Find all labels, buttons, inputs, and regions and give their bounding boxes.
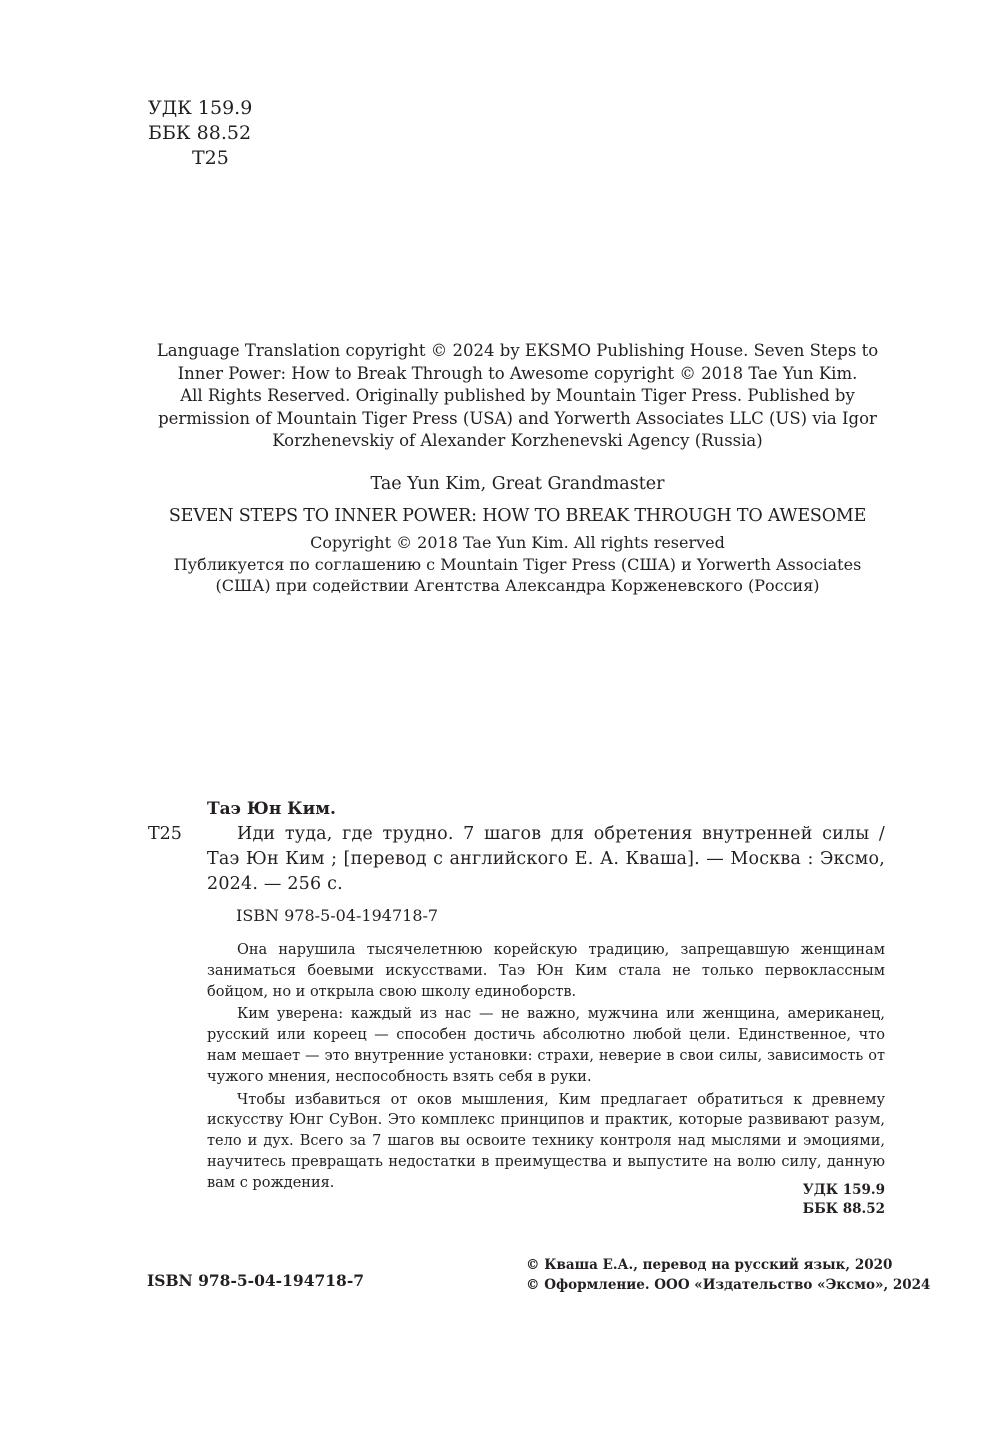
copyright-line: © Кваша Е.А., перевод на русский язык, 2… (526, 1256, 930, 1276)
original-title: SEVEN STEPS TO INNER POWER: HOW TO BREAK… (150, 504, 885, 528)
copyright-line: © Оформление. ООО «Издательство «Эксмо»,… (526, 1276, 930, 1296)
footer-isbn: ISBN 978-5-04-194718-7 (147, 1271, 364, 1291)
license-line: Korzhenevskiy of Alexander Korzhenevski … (150, 430, 885, 453)
license-line: All Rights Reserved. Originally publishe… (150, 385, 885, 408)
bibliographic-author: Таэ Юн Ким. (207, 797, 336, 821)
author-mark: Т25 (148, 146, 252, 171)
footer-copyrights: © Кваша Е.А., перевод на русский язык, 2… (526, 1256, 930, 1295)
udk-code: УДК 159.9 (148, 96, 252, 121)
original-copyright: Copyright © 2018 Tae Yun Kim. All rights… (150, 532, 885, 554)
annotation-classification-codes: УДК 159.9 ББК 88.52 (803, 1181, 885, 1219)
annotation-paragraph: Она нарушила тысячелетнюю корейскую трад… (207, 940, 885, 1002)
annotation-paragraph: Чтобы избавиться от оков мышления, Ким п… (207, 1090, 885, 1194)
annotation-bbk: ББК 88.52 (803, 1200, 885, 1219)
license-line: permission of Mountain Tiger Press (USA)… (150, 408, 885, 431)
original-credits: Tae Yun Kim, Great Grandmaster SEVEN STE… (150, 472, 885, 597)
original-author: Tae Yun Kim, Great Grandmaster (150, 472, 885, 496)
license-line: Inner Power: How to Break Through to Awe… (150, 363, 885, 386)
annotation-udk: УДК 159.9 (803, 1181, 885, 1200)
agreement-line: (США) при содействии Агентства Александр… (150, 575, 885, 597)
license-line: Language Translation copyright © 2024 by… (150, 340, 885, 363)
classification-codes-top: УДК 159.9 ББК 88.52 Т25 (148, 96, 252, 171)
annotation-paragraph: Ким уверена: каждый из нас — не важно, м… (207, 1004, 885, 1087)
bibliographic-description: Иди туда, где трудно. 7 шагов для обрете… (207, 822, 885, 897)
agreement-line: Публикуется по соглашению с Mountain Tig… (150, 554, 885, 576)
bibliographic-isbn: ISBN 978-5-04-194718-7 (236, 905, 438, 927)
bibliographic-author-mark: Т25 (148, 822, 182, 846)
annotation: Она нарушила тысячелетнюю корейскую трад… (207, 940, 885, 1196)
license-notice: Language Translation copyright © 2024 by… (150, 340, 885, 453)
bbk-code: ББК 88.52 (148, 121, 252, 146)
